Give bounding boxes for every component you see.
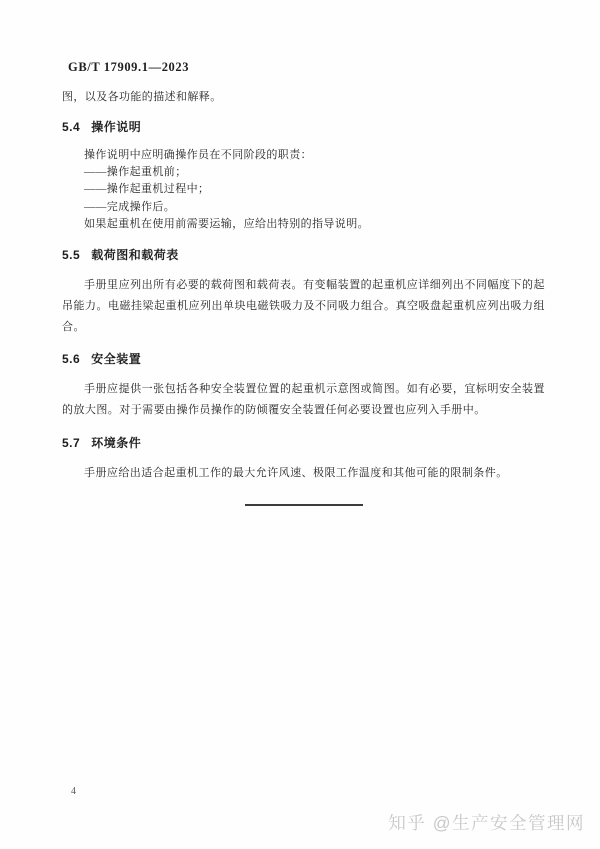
standard-number-header: GB/T 17909.1—2023 bbox=[68, 60, 545, 75]
section-title: 环境条件 bbox=[91, 434, 141, 451]
section-lead-paragraph: 操作说明中应明确操作员在不同阶段的职责： bbox=[84, 147, 545, 164]
document-page: GB/T 17909.1—2023 图，以及各功能的描述和解释。 5.4 操作说… bbox=[0, 0, 600, 849]
watermark: 知乎 @生产安全管理网 bbox=[388, 810, 585, 835]
end-of-document-divider bbox=[245, 504, 363, 506]
section-number: 5.5 bbox=[62, 248, 80, 262]
section-tail-paragraph: 如果起重机在使用前需要运输，应给出特别的指导说明。 bbox=[84, 216, 545, 233]
section-number: 5.4 bbox=[62, 120, 80, 134]
section-body-paragraph: 手册应提供一张包括各种安全装置位置的起重机示意图或简图。如有必要，宜标明安全装置… bbox=[62, 379, 545, 421]
section-body-paragraph: 手册应给出适合起重机工作的最大允许风速、极限工作温度和其他可能的限制条件。 bbox=[62, 463, 545, 484]
section-title: 安全装置 bbox=[91, 350, 141, 367]
section-title: 操作说明 bbox=[91, 118, 141, 135]
section-body-paragraph: 手册里应列出所有必要的载荷图和载荷表。有变幅装置的起重机应详细列出不同幅度下的起… bbox=[62, 275, 545, 337]
dash-list-item: ——操作起重机过程中； bbox=[84, 181, 545, 198]
section-heading-5-7: 5.7 环境条件 bbox=[62, 434, 545, 451]
dash-list-item: ——操作起重机前； bbox=[84, 164, 545, 181]
section-number: 5.7 bbox=[62, 436, 80, 450]
section-heading-5-5: 5.5 载荷图和载荷表 bbox=[62, 246, 545, 263]
section-number: 5.6 bbox=[62, 352, 80, 366]
document-content: GB/T 17909.1—2023 图，以及各功能的描述和解释。 5.4 操作说… bbox=[0, 0, 600, 506]
section-heading-5-4: 5.4 操作说明 bbox=[62, 118, 545, 135]
section-title: 载荷图和载荷表 bbox=[91, 246, 179, 263]
intro-text: 图，以及各功能的描述和解释。 bbox=[62, 89, 545, 105]
section-heading-5-6: 5.6 安全装置 bbox=[62, 350, 545, 367]
page-number: 4 bbox=[71, 786, 76, 797]
dash-list-item: ——完成操作后。 bbox=[84, 199, 545, 216]
